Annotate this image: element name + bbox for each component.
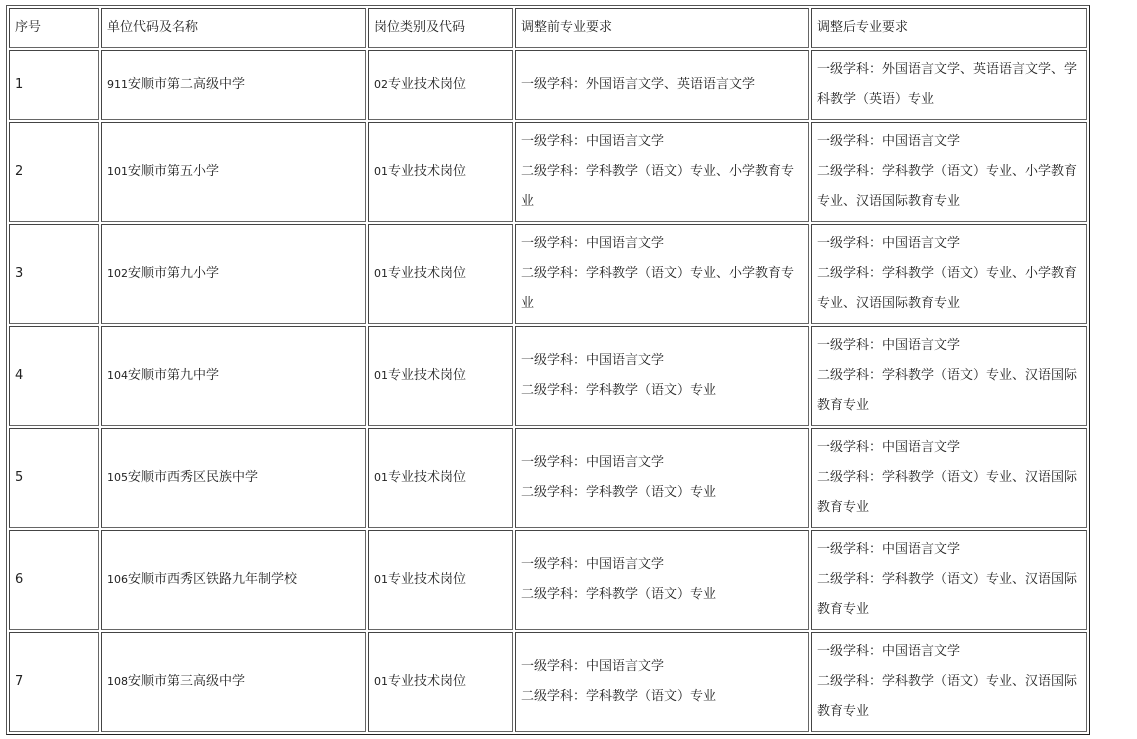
after-line: 二级学科：学科教学（语文）专业、汉语国际教育专业 — [817, 667, 1081, 727]
after-line: 一级学科：中国语言文学 — [817, 127, 1081, 157]
after-cell: 一级学科：中国语言文学二级学科：学科教学（语文）专业、汉语国际教育专业 — [811, 530, 1087, 630]
table-row: 4 104安顺市第九中学 01专业技术岗位 一级学科：中国语言文学二级学科：学科… — [9, 326, 1087, 426]
after-line: 二级学科：学科教学（语文）专业、汉语国际教育专业 — [817, 361, 1081, 421]
header-unit: 单位代码及名称 — [101, 8, 366, 48]
before-line: 二级学科：学科教学（语文）专业、小学教育专业 — [521, 259, 803, 319]
after-line: 二级学科：学科教学（语文）专业、小学教育专业、汉语国际教育专业 — [817, 259, 1081, 319]
post-code: 01 — [374, 267, 388, 280]
before-line: 一级学科：中国语言文学 — [521, 127, 803, 157]
post-code: 01 — [374, 675, 388, 688]
before-line: 一级学科：中国语言文学 — [521, 550, 803, 580]
before-cell: 一级学科：外国语言文学、英语语言文学 — [515, 50, 809, 120]
before-cell: 一级学科：中国语言文学二级学科：学科教学（语文）专业 — [515, 632, 809, 732]
unit-code: 105 — [107, 471, 128, 484]
header-index: 序号 — [9, 8, 99, 48]
post-name: 专业技术岗位 — [388, 164, 466, 179]
unit-name: 安顺市第五小学 — [128, 164, 219, 179]
row-index: 7 — [9, 632, 99, 732]
table-row: 2 101安顺市第五小学 01专业技术岗位 一级学科：中国语言文学二级学科：学科… — [9, 122, 1087, 222]
after-line: 一级学科：外国语言文学、英语语言文学、学科教学（英语）专业 — [817, 55, 1081, 115]
after-cell: 一级学科：中国语言文学二级学科：学科教学（语文）专业、小学教育专业、汉语国际教育… — [811, 122, 1087, 222]
before-cell: 一级学科：中国语言文学二级学科：学科教学（语文）专业 — [515, 530, 809, 630]
post-cell: 01专业技术岗位 — [368, 326, 513, 426]
post-code: 01 — [374, 471, 388, 484]
header-post: 岗位类别及代码 — [368, 8, 513, 48]
table-row: 7 108安顺市第三高级中学 01专业技术岗位 一级学科：中国语言文学二级学科：… — [9, 632, 1087, 732]
post-name: 专业技术岗位 — [388, 572, 466, 587]
unit-code: 102 — [107, 267, 128, 280]
after-line: 一级学科：中国语言文学 — [817, 331, 1081, 361]
after-line: 二级学科：学科教学（语文）专业、汉语国际教育专业 — [817, 565, 1081, 625]
unit-name: 安顺市第三高级中学 — [128, 674, 245, 689]
after-line: 一级学科：中国语言文学 — [817, 637, 1081, 667]
unit-cell: 105安顺市西秀区民族中学 — [101, 428, 366, 528]
before-cell: 一级学科：中国语言文学二级学科：学科教学（语文）专业 — [515, 428, 809, 528]
post-code: 02 — [374, 78, 388, 91]
row-index: 6 — [9, 530, 99, 630]
row-index: 3 — [9, 224, 99, 324]
before-cell: 一级学科：中国语言文学二级学科：学科教学（语文）专业 — [515, 326, 809, 426]
after-line: 一级学科：中国语言文学 — [817, 229, 1081, 259]
after-line: 一级学科：中国语言文学 — [817, 433, 1081, 463]
post-code: 01 — [374, 369, 388, 382]
before-line: 一级学科：中国语言文学 — [521, 229, 803, 259]
unit-code: 106 — [107, 573, 128, 586]
post-name: 专业技术岗位 — [388, 368, 466, 383]
row-index: 2 — [9, 122, 99, 222]
after-line: 二级学科：学科教学（语文）专业、小学教育专业、汉语国际教育专业 — [817, 157, 1081, 217]
post-cell: 01专业技术岗位 — [368, 530, 513, 630]
row-index: 1 — [9, 50, 99, 120]
table-row: 5 105安顺市西秀区民族中学 01专业技术岗位 一级学科：中国语言文学二级学科… — [9, 428, 1087, 528]
unit-code: 101 — [107, 165, 128, 178]
unit-name: 安顺市西秀区铁路九年制学校 — [128, 572, 297, 587]
unit-code: 108 — [107, 675, 128, 688]
header-after: 调整后专业要求 — [811, 8, 1087, 48]
after-cell: 一级学科：中国语言文学二级学科：学科教学（语文）专业、汉语国际教育专业 — [811, 632, 1087, 732]
unit-name: 安顺市第二高级中学 — [128, 77, 245, 92]
before-line: 二级学科：学科教学（语文）专业 — [521, 580, 803, 610]
before-line: 一级学科：中国语言文学 — [521, 652, 803, 682]
row-index: 5 — [9, 428, 99, 528]
table-row: 3 102安顺市第九小学 01专业技术岗位 一级学科：中国语言文学二级学科：学科… — [9, 224, 1087, 324]
post-cell: 01专业技术岗位 — [368, 122, 513, 222]
after-line: 一级学科：中国语言文学 — [817, 535, 1081, 565]
post-name: 专业技术岗位 — [388, 674, 466, 689]
post-code: 01 — [374, 165, 388, 178]
unit-name: 安顺市第九小学 — [128, 266, 219, 281]
table-row: 1 911安顺市第二高级中学 02专业技术岗位 一级学科：外国语言文学、英语语言… — [9, 50, 1087, 120]
unit-cell: 911安顺市第二高级中学 — [101, 50, 366, 120]
before-line: 二级学科：学科教学（语文）专业 — [521, 478, 803, 508]
after-cell: 一级学科：中国语言文学二级学科：学科教学（语文）专业、小学教育专业、汉语国际教育… — [811, 224, 1087, 324]
unit-name: 安顺市第九中学 — [128, 368, 219, 383]
post-cell: 01专业技术岗位 — [368, 224, 513, 324]
adjustment-table: 序号 单位代码及名称 岗位类别及代码 调整前专业要求 调整后专业要求 1 911… — [6, 5, 1090, 735]
table-header-row: 序号 单位代码及名称 岗位类别及代码 调整前专业要求 调整后专业要求 — [9, 8, 1087, 48]
unit-code: 911 — [107, 78, 128, 91]
unit-cell: 101安顺市第五小学 — [101, 122, 366, 222]
post-cell: 01专业技术岗位 — [368, 428, 513, 528]
unit-cell: 108安顺市第三高级中学 — [101, 632, 366, 732]
before-line: 一级学科：中国语言文学 — [521, 448, 803, 478]
before-cell: 一级学科：中国语言文学二级学科：学科教学（语文）专业、小学教育专业 — [515, 224, 809, 324]
after-line: 二级学科：学科教学（语文）专业、汉语国际教育专业 — [817, 463, 1081, 523]
row-index: 4 — [9, 326, 99, 426]
table-row: 6 106安顺市西秀区铁路九年制学校 01专业技术岗位 一级学科：中国语言文学二… — [9, 530, 1087, 630]
post-name: 专业技术岗位 — [388, 77, 466, 92]
before-cell: 一级学科：中国语言文学二级学科：学科教学（语文）专业、小学教育专业 — [515, 122, 809, 222]
after-cell: 一级学科：中国语言文学二级学科：学科教学（语文）专业、汉语国际教育专业 — [811, 326, 1087, 426]
before-line: 二级学科：学科教学（语文）专业 — [521, 376, 803, 406]
unit-code: 104 — [107, 369, 128, 382]
post-cell: 02专业技术岗位 — [368, 50, 513, 120]
post-name: 专业技术岗位 — [388, 470, 466, 485]
after-cell: 一级学科：外国语言文学、英语语言文学、学科教学（英语）专业 — [811, 50, 1087, 120]
before-line: 一级学科：外国语言文学、英语语言文学 — [521, 70, 803, 100]
after-cell: 一级学科：中国语言文学二级学科：学科教学（语文）专业、汉语国际教育专业 — [811, 428, 1087, 528]
unit-cell: 106安顺市西秀区铁路九年制学校 — [101, 530, 366, 630]
unit-name: 安顺市西秀区民族中学 — [128, 470, 258, 485]
before-line: 二级学科：学科教学（语文）专业、小学教育专业 — [521, 157, 803, 217]
unit-cell: 102安顺市第九小学 — [101, 224, 366, 324]
unit-cell: 104安顺市第九中学 — [101, 326, 366, 426]
before-line: 二级学科：学科教学（语文）专业 — [521, 682, 803, 712]
post-cell: 01专业技术岗位 — [368, 632, 513, 732]
post-code: 01 — [374, 573, 388, 586]
header-before: 调整前专业要求 — [515, 8, 809, 48]
before-line: 一级学科：中国语言文学 — [521, 346, 803, 376]
post-name: 专业技术岗位 — [388, 266, 466, 281]
